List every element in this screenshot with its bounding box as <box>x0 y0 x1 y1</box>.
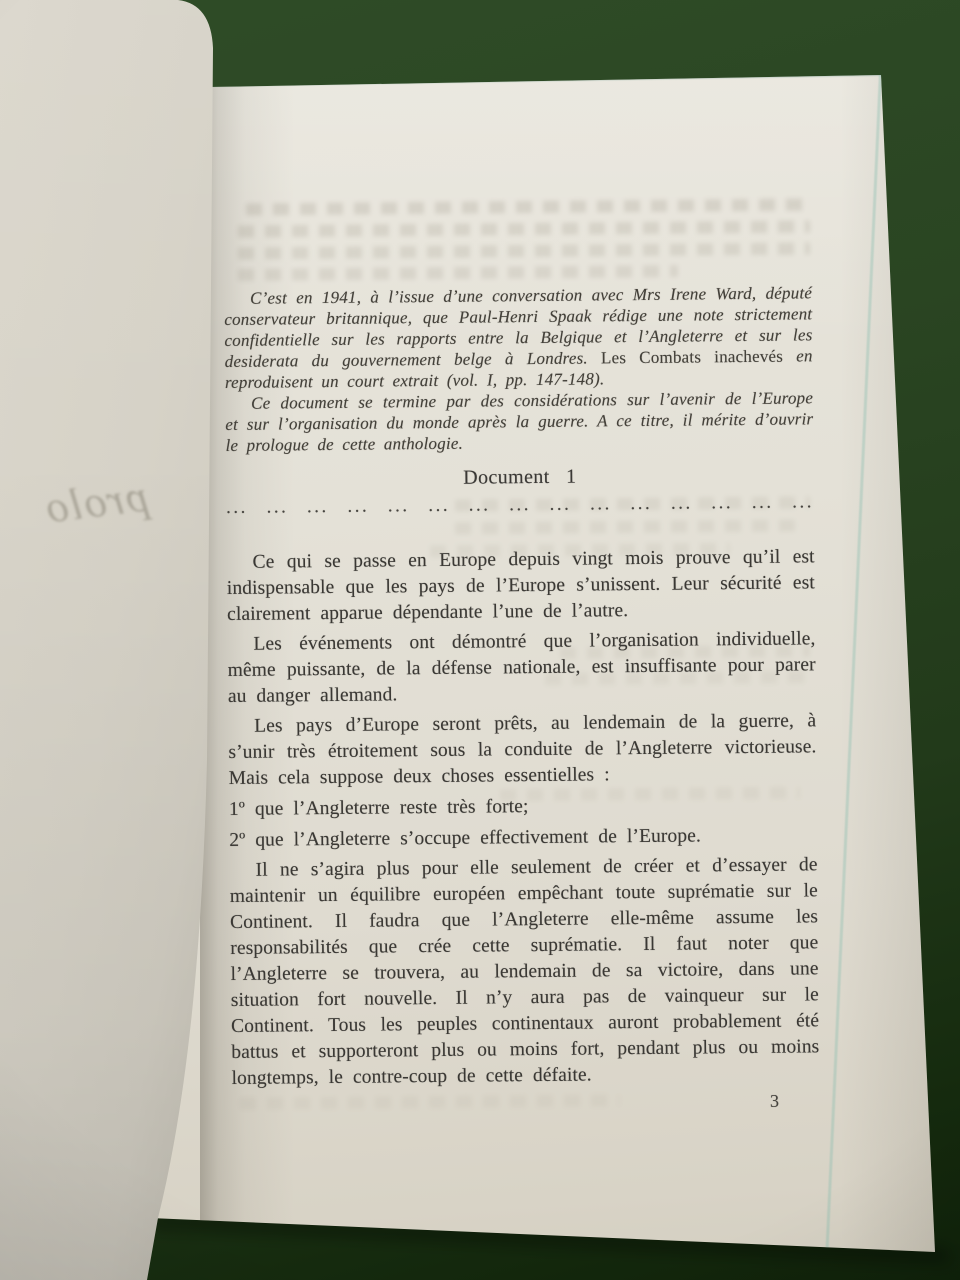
photo-of-book-page: { "page": { "number": "3", "intro": { "p… <box>0 0 960 1280</box>
ellipsis-group: ... <box>388 500 410 514</box>
ellipsis-group: ... <box>550 499 572 513</box>
intro-note: C’est en 1941, à l’issue d’une conversat… <box>224 282 814 456</box>
body-paragraph: Les pays d’Europe seront prêts, au lende… <box>228 708 817 792</box>
ellipsis-group: ... <box>590 498 612 512</box>
ellipsis-group: ... <box>792 496 814 510</box>
ellipsis-group: ... <box>469 499 491 513</box>
intro-paragraph-1: C’est en 1941, à l’issue d’une conversat… <box>224 282 813 393</box>
book-title-roman: Les Combats inachevés <box>601 347 783 368</box>
ellipsis-group: ... <box>671 498 693 512</box>
body-paragraph: Les événements ont démontré que l’organi… <box>227 626 816 710</box>
ellipsis-group: ... <box>347 501 369 515</box>
intro-paragraph-2: Ce document se termine par des considéra… <box>225 387 814 456</box>
ellipsis-group: ... <box>428 500 450 514</box>
ellipsis-group: ... <box>752 497 774 511</box>
ellipsis-group: ... <box>266 501 288 515</box>
body-paragraph: Ce qui se passe en Europe depuis vingt m… <box>227 544 816 628</box>
ellipsis-row: ........................................… <box>226 496 814 516</box>
ellipsis-group: ... <box>711 497 733 511</box>
page-right-shading <box>840 0 960 1280</box>
bleed-through-ghost <box>240 1094 620 1109</box>
ellipsis-group: ... <box>509 499 531 513</box>
ellipsis-group: ... <box>307 501 329 515</box>
body-text: Ce qui se passe en Europe depuis vingt m… <box>227 544 820 1092</box>
document-heading: Document 1 <box>226 463 814 492</box>
numbered-item-2: 2º que l’Angleterre s’occupe effectiveme… <box>229 822 817 854</box>
ellipsis-group: ... <box>630 498 652 512</box>
numbered-item-1: 1º que l’Angleterre reste très forte; <box>229 791 817 823</box>
body-closing-paragraph: Il ne s’agira plus pour elle seulement d… <box>229 852 819 1092</box>
ellipsis-group: ... <box>226 502 248 516</box>
printed-text-block: C’est en 1941, à l’issue d’une conversat… <box>224 282 820 1092</box>
page-number: 3 <box>770 1091 779 1112</box>
